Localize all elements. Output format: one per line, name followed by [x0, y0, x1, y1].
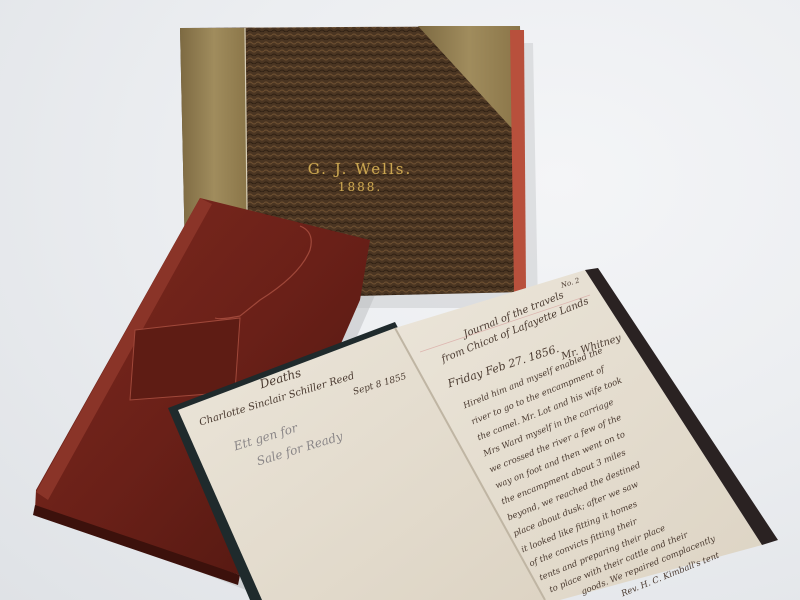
ledger-year: 1888.: [290, 180, 430, 194]
ledger-title: G. J. Wells.: [290, 160, 430, 178]
photo-scene: G. J. Wells. 1888. Deaths Charlotte Sinc…: [0, 0, 800, 600]
books-illustration: [0, 0, 800, 600]
